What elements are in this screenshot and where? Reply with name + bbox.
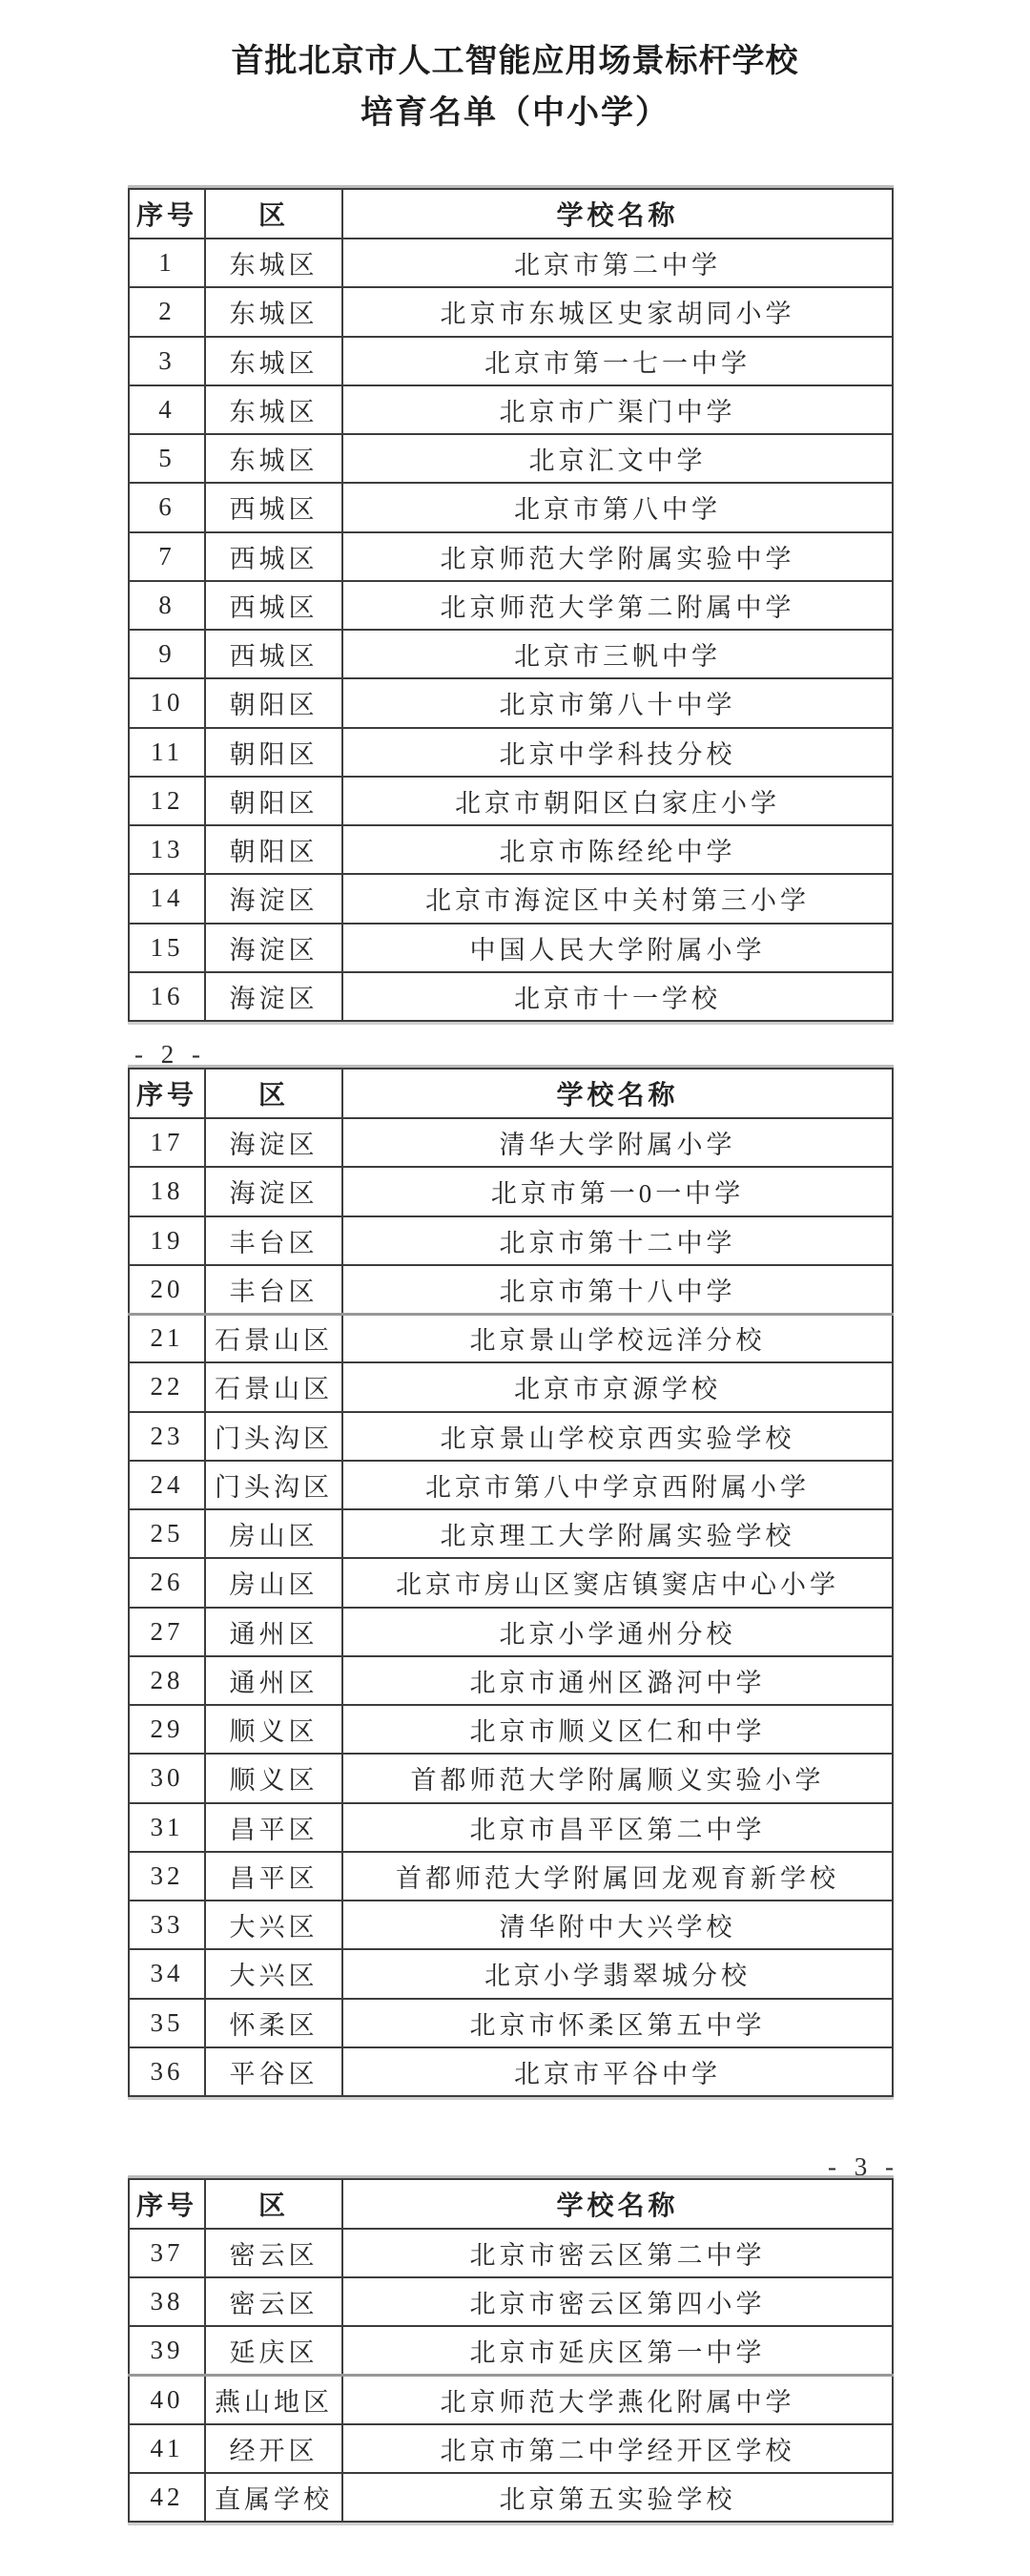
table-row: 31昌平区北京市昌平区第二中学 — [129, 1803, 893, 1852]
table-row: 40燕山地区北京师范大学燕化附属中学 — [129, 2376, 893, 2424]
district-cell: 经开区 — [205, 2424, 342, 2473]
table-row: 22石景山区北京市京源学校 — [129, 1362, 893, 1411]
district-cell: 顺义区 — [205, 1754, 342, 1802]
district-cell: 大兴区 — [205, 1949, 342, 1998]
row-number-cell: 23 — [129, 1412, 205, 1461]
school-name-cell: 北京市三帆中学 — [342, 630, 893, 678]
school-name-cell: 北京市房山区窦店镇窦店中心小学 — [342, 1558, 893, 1607]
school-name-cell: 北京中学科技分校 — [342, 728, 893, 777]
table-row: 24门头沟区北京市第八中学京西附属小学 — [129, 1461, 893, 1509]
table-row: 20丰台区北京市第十八中学 — [129, 1265, 893, 1314]
row-number-cell: 36 — [129, 2047, 205, 2096]
school-name-cell: 北京市十一学校 — [342, 972, 893, 1021]
col-header-index: 序号 — [129, 189, 205, 239]
row-number-cell: 40 — [129, 2376, 205, 2424]
row-number-cell: 4 — [129, 385, 205, 434]
school-name-cell: 北京市怀柔区第五中学 — [342, 1999, 893, 2047]
table-row: 42直属学校北京第五实验学校 — [129, 2473, 893, 2522]
table-row: 33大兴区清华附中大兴学校 — [129, 1901, 893, 1949]
document-page: 首批北京市人工智能应用场景标杆学校 培育名单（中小学） 序号 区 学校名称 1东… — [0, 0, 1030, 2576]
district-cell: 延庆区 — [205, 2326, 342, 2375]
table-row: 18海淀区北京市第一0一中学 — [129, 1167, 893, 1215]
row-number-cell: 39 — [129, 2326, 205, 2375]
school-name-cell: 北京汇文中学 — [342, 434, 893, 483]
school-name-cell: 北京小学通州分校 — [342, 1608, 893, 1656]
row-number-cell: 1 — [129, 239, 205, 287]
district-cell: 石景山区 — [205, 1362, 342, 1411]
school-name-cell: 中国人民大学附属小学 — [342, 924, 893, 972]
school-name-cell: 北京市第二中学经开区学校 — [342, 2424, 893, 2473]
district-cell: 平谷区 — [205, 2047, 342, 2096]
district-cell: 海淀区 — [205, 924, 342, 972]
row-number-cell: 29 — [129, 1705, 205, 1754]
district-cell: 东城区 — [205, 337, 342, 385]
header-row: 序号 区 学校名称 — [129, 1069, 893, 1118]
school-name-cell: 北京理工大学附属实验学校 — [342, 1509, 893, 1558]
row-number-cell: 19 — [129, 1216, 205, 1265]
table-row: 25房山区北京理工大学附属实验学校 — [129, 1509, 893, 1558]
district-cell: 石景山区 — [205, 1314, 342, 1362]
row-number-cell: 9 — [129, 630, 205, 678]
row-number-cell: 5 — [129, 434, 205, 483]
row-number-cell: 8 — [129, 581, 205, 630]
row-number-cell: 33 — [129, 1901, 205, 1949]
district-cell: 燕山地区 — [205, 2376, 342, 2424]
school-name-cell: 北京市第十八中学 — [342, 1265, 893, 1314]
school-name-cell: 北京市平谷中学 — [342, 2047, 893, 2096]
district-cell: 昌平区 — [205, 1852, 342, 1901]
table-row: 21石景山区北京景山学校远洋分校 — [129, 1314, 893, 1362]
col-header-school-name: 学校名称 — [342, 189, 893, 239]
school-name-cell: 北京市密云区第二中学 — [342, 2229, 893, 2277]
school-name-cell: 北京市延庆区第一中学 — [342, 2326, 893, 2375]
school-name-cell: 北京第五实验学校 — [342, 2473, 893, 2522]
district-cell: 大兴区 — [205, 1901, 342, 1949]
district-cell: 怀柔区 — [205, 1999, 342, 2047]
school-name-cell: 清华大学附属小学 — [342, 1118, 893, 1167]
district-cell: 昌平区 — [205, 1803, 342, 1852]
district-cell: 通州区 — [205, 1656, 342, 1705]
doc-title-line1: 首批北京市人工智能应用场景标杆学校 — [0, 34, 1030, 81]
district-cell: 丰台区 — [205, 1265, 342, 1314]
schools-table-page-2: 序号 区 学校名称 17海淀区清华大学附属小学18海淀区北京市第一0一中学19丰… — [128, 1068, 894, 2097]
district-cell: 东城区 — [205, 434, 342, 483]
page-number-2: - 2 - — [134, 1040, 206, 1070]
table-row: 7西城区北京师范大学附属实验中学 — [129, 532, 893, 581]
row-number-cell: 34 — [129, 1949, 205, 1998]
table-row: 39延庆区北京市延庆区第一中学 — [129, 2326, 893, 2375]
school-name-cell: 首都师范大学附属回龙观育新学校 — [342, 1852, 893, 1901]
district-cell: 顺义区 — [205, 1705, 342, 1754]
table-row: 34大兴区北京小学翡翠城分校 — [129, 1949, 893, 1998]
col-header-district: 区 — [205, 2179, 342, 2229]
table-row: 6西城区北京市第八中学 — [129, 483, 893, 531]
table-row: 14海淀区北京市海淀区中关村第三小学 — [129, 874, 893, 923]
header-row: 序号 区 学校名称 — [129, 2179, 893, 2229]
school-name-cell: 北京景山学校京西实验学校 — [342, 1412, 893, 1461]
district-cell: 通州区 — [205, 1608, 342, 1656]
col-header-district: 区 — [205, 1069, 342, 1118]
school-name-cell: 北京市陈经纶中学 — [342, 825, 893, 874]
table-row: 32昌平区首都师范大学附属回龙观育新学校 — [129, 1852, 893, 1901]
district-cell: 东城区 — [205, 287, 342, 336]
schools-table-page-3: 序号 区 学校名称 37密云区北京市密云区第二中学38密云区北京市密云区第四小学… — [128, 2178, 894, 2523]
district-cell: 东城区 — [205, 239, 342, 287]
table-row: 36平谷区北京市平谷中学 — [129, 2047, 893, 2096]
table-row: 30顺义区首都师范大学附属顺义实验小学 — [129, 1754, 893, 1802]
school-name-cell: 北京市朝阳区白家庄小学 — [342, 777, 893, 825]
school-name-cell: 北京景山学校远洋分校 — [342, 1314, 893, 1362]
school-name-cell: 北京市顺义区仁和中学 — [342, 1705, 893, 1754]
district-cell: 门头沟区 — [205, 1461, 342, 1509]
header-row: 序号 区 学校名称 — [129, 189, 893, 239]
district-cell: 门头沟区 — [205, 1412, 342, 1461]
school-name-cell: 北京市海淀区中关村第三小学 — [342, 874, 893, 923]
row-number-cell: 27 — [129, 1608, 205, 1656]
school-name-cell: 北京小学翡翠城分校 — [342, 1949, 893, 1998]
col-header-district: 区 — [205, 189, 342, 239]
row-number-cell: 28 — [129, 1656, 205, 1705]
row-number-cell: 30 — [129, 1754, 205, 1802]
table-row: 11朝阳区北京中学科技分校 — [129, 728, 893, 777]
row-number-cell: 17 — [129, 1118, 205, 1167]
table-row: 3东城区北京市第一七一中学 — [129, 337, 893, 385]
school-name-cell: 北京师范大学附属实验中学 — [342, 532, 893, 581]
row-number-cell: 37 — [129, 2229, 205, 2277]
table-row: 13朝阳区北京市陈经纶中学 — [129, 825, 893, 874]
row-number-cell: 25 — [129, 1509, 205, 1558]
row-number-cell: 10 — [129, 678, 205, 727]
district-cell: 密云区 — [205, 2229, 342, 2277]
row-number-cell: 32 — [129, 1852, 205, 1901]
col-header-school-name: 学校名称 — [342, 2179, 893, 2229]
district-cell: 西城区 — [205, 483, 342, 531]
school-name-cell: 首都师范大学附属顺义实验小学 — [342, 1754, 893, 1802]
school-name-cell: 北京市第一0一中学 — [342, 1167, 893, 1215]
table-row: 26房山区北京市房山区窦店镇窦店中心小学 — [129, 1558, 893, 1607]
district-cell: 房山区 — [205, 1558, 342, 1607]
table-row: 8西城区北京师范大学第二附属中学 — [129, 581, 893, 630]
table-row: 15海淀区中国人民大学附属小学 — [129, 924, 893, 972]
district-cell: 密云区 — [205, 2277, 342, 2326]
table-row: 37密云区北京市密云区第二中学 — [129, 2229, 893, 2277]
table-row: 38密云区北京市密云区第四小学 — [129, 2277, 893, 2326]
col-header-index: 序号 — [129, 2179, 205, 2229]
row-number-cell: 42 — [129, 2473, 205, 2522]
district-cell: 直属学校 — [205, 2473, 342, 2522]
row-number-cell: 21 — [129, 1314, 205, 1362]
row-number-cell: 38 — [129, 2277, 205, 2326]
school-name-cell: 北京市第八中学京西附属小学 — [342, 1461, 893, 1509]
schools-table-page-1: 序号 区 学校名称 1东城区北京市第二中学2东城区北京市东城区史家胡同小学3东城… — [128, 188, 894, 1022]
table-row: 2东城区北京市东城区史家胡同小学 — [129, 287, 893, 336]
school-name-cell: 北京市通州区潞河中学 — [342, 1656, 893, 1705]
row-number-cell: 12 — [129, 777, 205, 825]
row-number-cell: 24 — [129, 1461, 205, 1509]
row-number-cell: 18 — [129, 1167, 205, 1215]
row-number-cell: 20 — [129, 1265, 205, 1314]
district-cell: 朝阳区 — [205, 777, 342, 825]
row-number-cell: 22 — [129, 1362, 205, 1411]
row-number-cell: 11 — [129, 728, 205, 777]
district-cell: 海淀区 — [205, 874, 342, 923]
district-cell: 房山区 — [205, 1509, 342, 1558]
table-row: 28通州区北京市通州区潞河中学 — [129, 1656, 893, 1705]
row-number-cell: 14 — [129, 874, 205, 923]
school-name-cell: 北京市广渠门中学 — [342, 385, 893, 434]
row-number-cell: 6 — [129, 483, 205, 531]
district-cell: 朝阳区 — [205, 678, 342, 727]
district-cell: 东城区 — [205, 385, 342, 434]
school-name-cell: 北京市京源学校 — [342, 1362, 893, 1411]
school-name-cell: 北京市第八中学 — [342, 483, 893, 531]
school-name-cell: 北京市密云区第四小学 — [342, 2277, 893, 2326]
school-name-cell: 北京师范大学第二附属中学 — [342, 581, 893, 630]
district-cell: 海淀区 — [205, 1118, 342, 1167]
table-row: 1东城区北京市第二中学 — [129, 239, 893, 287]
district-cell: 海淀区 — [205, 972, 342, 1021]
table-row: 16海淀区北京市十一学校 — [129, 972, 893, 1021]
table-row: 17海淀区清华大学附属小学 — [129, 1118, 893, 1167]
school-name-cell: 北京市东城区史家胡同小学 — [342, 287, 893, 336]
district-cell: 朝阳区 — [205, 825, 342, 874]
row-number-cell: 7 — [129, 532, 205, 581]
table-row: 35怀柔区北京市怀柔区第五中学 — [129, 1999, 893, 2047]
doc-title-line2: 培育名单（中小学） — [0, 86, 1030, 133]
school-name-cell: 北京师范大学燕化附属中学 — [342, 2376, 893, 2424]
district-cell: 朝阳区 — [205, 728, 342, 777]
row-number-cell: 13 — [129, 825, 205, 874]
district-cell: 西城区 — [205, 581, 342, 630]
table-row: 41经开区北京市第二中学经开区学校 — [129, 2424, 893, 2473]
row-number-cell: 35 — [129, 1999, 205, 2047]
school-name-cell: 北京市第十二中学 — [342, 1216, 893, 1265]
row-number-cell: 16 — [129, 972, 205, 1021]
table-row: 29顺义区北京市顺义区仁和中学 — [129, 1705, 893, 1754]
table-row: 12朝阳区北京市朝阳区白家庄小学 — [129, 777, 893, 825]
table-row: 23门头沟区北京景山学校京西实验学校 — [129, 1412, 893, 1461]
col-header-index: 序号 — [129, 1069, 205, 1118]
district-cell: 西城区 — [205, 532, 342, 581]
table-row: 10朝阳区北京市第八十中学 — [129, 678, 893, 727]
district-cell: 丰台区 — [205, 1216, 342, 1265]
row-number-cell: 26 — [129, 1558, 205, 1607]
row-number-cell: 31 — [129, 1803, 205, 1852]
table-row: 4东城区北京市广渠门中学 — [129, 385, 893, 434]
row-number-cell: 3 — [129, 337, 205, 385]
row-number-cell: 2 — [129, 287, 205, 336]
district-cell: 西城区 — [205, 630, 342, 678]
table-row: 27通州区北京小学通州分校 — [129, 1608, 893, 1656]
school-name-cell: 北京市第一七一中学 — [342, 337, 893, 385]
row-number-cell: 41 — [129, 2424, 205, 2473]
district-cell: 海淀区 — [205, 1167, 342, 1215]
col-header-school-name: 学校名称 — [342, 1069, 893, 1118]
table-row: 9西城区北京市三帆中学 — [129, 630, 893, 678]
table-row: 5东城区北京汇文中学 — [129, 434, 893, 483]
school-name-cell: 清华附中大兴学校 — [342, 1901, 893, 1949]
table-row: 19丰台区北京市第十二中学 — [129, 1216, 893, 1265]
school-name-cell: 北京市昌平区第二中学 — [342, 1803, 893, 1852]
row-number-cell: 15 — [129, 924, 205, 972]
school-name-cell: 北京市第二中学 — [342, 239, 893, 287]
school-name-cell: 北京市第八十中学 — [342, 678, 893, 727]
